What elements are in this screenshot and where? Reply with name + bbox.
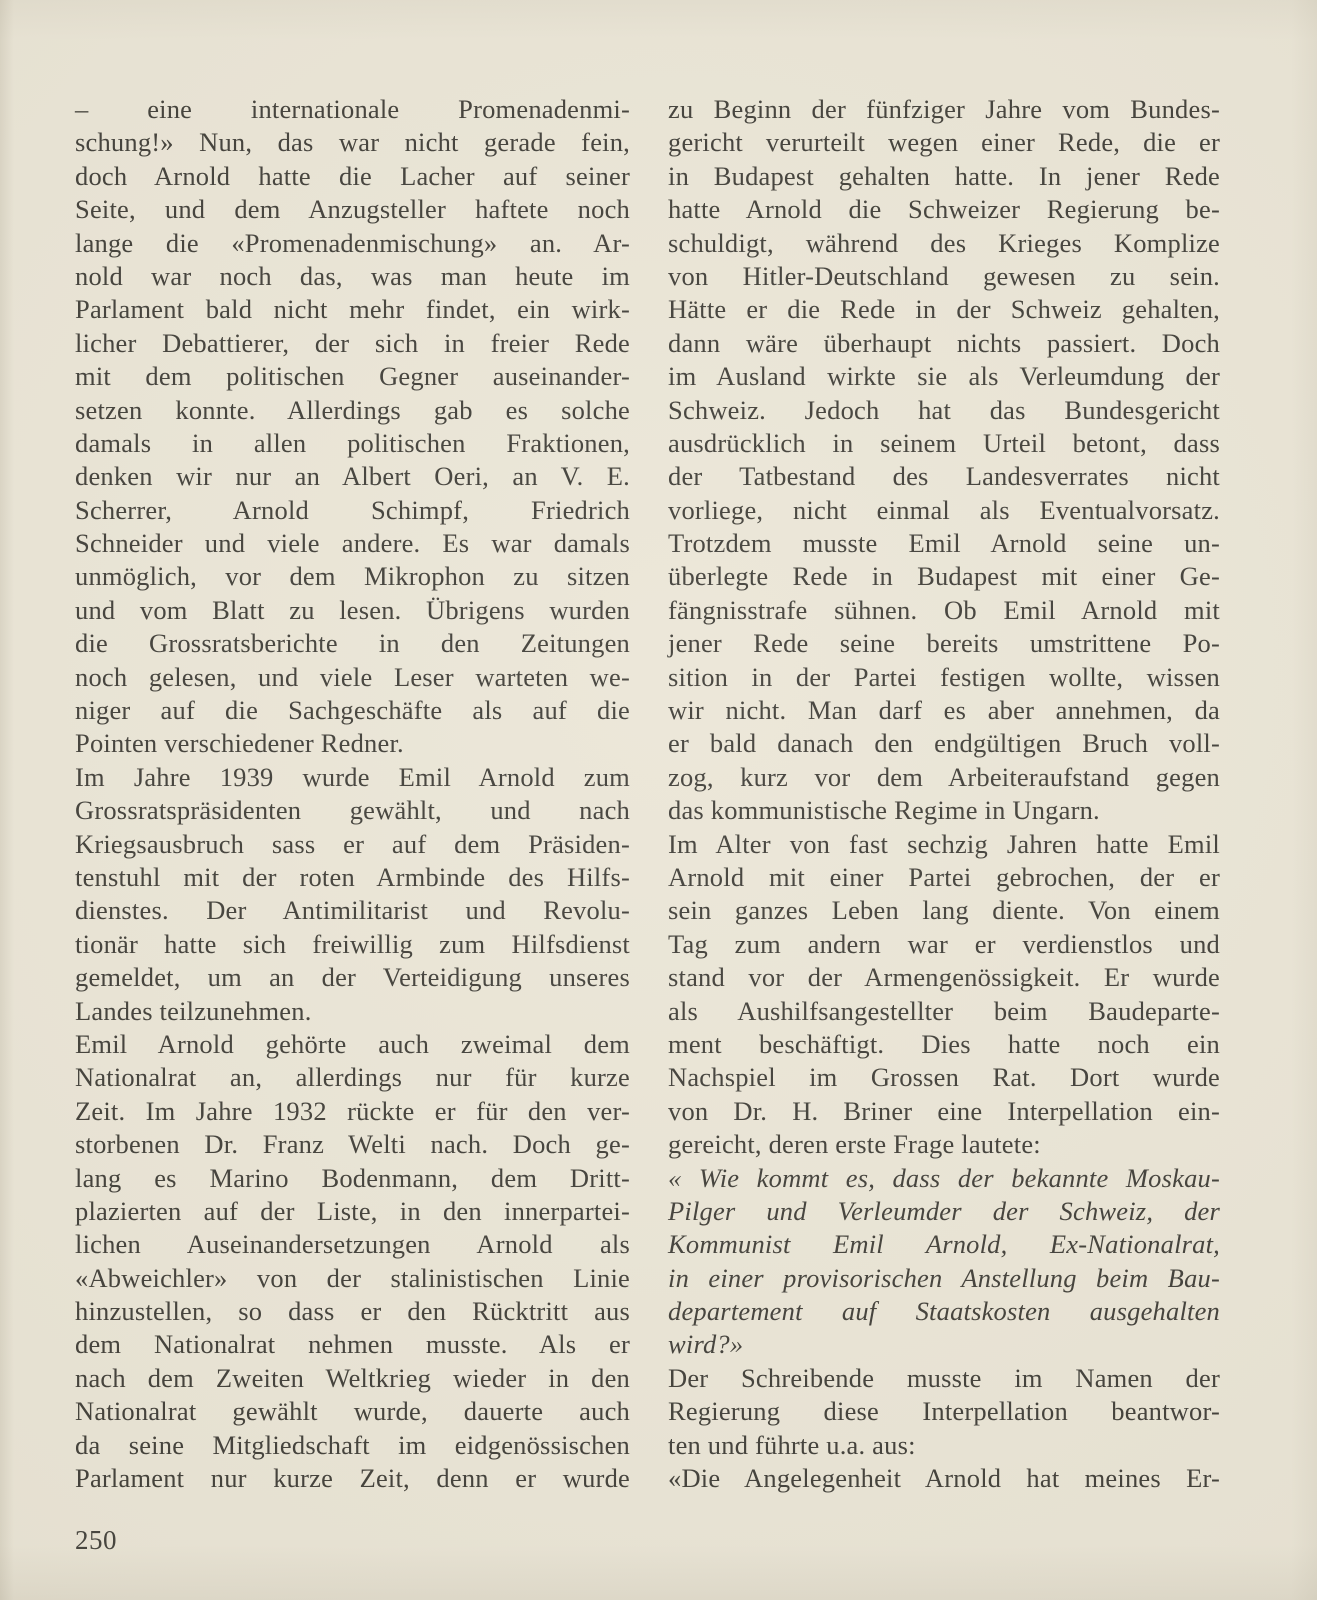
text-line: hinzustellen, so dass er den Rücktritt a… [75,1295,630,1328]
text-line: die Grossratsberichte in den Zeitungen [75,627,630,660]
text-line: mit dem politischen Gegner auseinander- [75,360,630,393]
text-line: dienstes. Der Antimilitarist und Revolu- [75,894,630,927]
text-line: hatte Arnold die Schweizer Regierung be- [668,193,1220,226]
text-line: nach dem Zweiten Weltkrieg wieder in den [75,1362,630,1395]
text-line: vorliege, nicht einmal als Eventualvorsa… [668,494,1220,527]
text-line: Schneider und viele andere. Es war damal… [75,527,630,560]
text-line: von Hitler-Deutschland gewesen zu sein. [668,260,1220,293]
text-line: und vom Blatt zu lesen. Übrigens wurden [75,594,630,627]
text-line: tenstuhl mit der roten Armbinde des Hilf… [75,861,630,894]
text-line: departement auf Staatskosten ausgehalten [668,1295,1220,1328]
text-line: «Die Angelegenheit Arnold hat meines Er- [668,1462,1220,1495]
text-line: Der Schreibende musste im Namen der [668,1362,1220,1395]
text-line: ment beschäftigt. Dies hatte noch ein [668,1028,1220,1061]
text-line: Arnold mit einer Partei gebrochen, der e… [668,861,1220,894]
text-line: sition in der Partei festigen wollte, wi… [668,661,1220,694]
text-line: stand vor der Armengenössigkeit. Er wurd… [668,961,1220,994]
text-line: Nationalrat gewählt wurde, dauerte auch [75,1395,630,1428]
text-line: Emil Arnold gehörte auch zweimal dem [75,1028,630,1061]
text-line: gemeldet, um an der Verteidigung unseres [75,961,630,994]
text-line: da seine Mitgliedschaft im eidgenössisch… [75,1429,630,1462]
text-line: Im Alter von fast sechzig Jahren hatte E… [668,828,1220,861]
text-line: fängnisstrafe sühnen. Ob Emil Arnold mit [668,594,1220,627]
text-line: ten und führte u.a. aus: [668,1429,1220,1462]
text-line: «Abweichler» von der stalinistischen Lin… [75,1262,630,1295]
text-line: Kommunist Emil Arnold, Ex-Nationalrat, [668,1228,1220,1261]
text-line: als Aushilfsangestellter beim Baudeparte… [668,995,1220,1028]
text-line: Regierung diese Interpellation beantwor- [668,1395,1220,1428]
right-text-column: zu Beginn der fünfziger Jahre vom Bundes… [668,93,1220,1495]
text-line: schung!» Nun, das war nicht gerade fein, [75,126,630,159]
text-line: dem Nationalrat nehmen musste. Als er [75,1328,630,1361]
text-line: – eine internationale Promenadenmi- [75,93,630,126]
text-line: denken wir nur an Albert Oeri, an V. E. [75,460,630,493]
text-line: ausdrücklich in seinem Urteil betont, da… [668,427,1220,460]
text-line: noch gelesen, und viele Leser warteten w… [75,661,630,694]
text-line: schuldigt, während des Krieges Komplize [668,227,1220,260]
text-line: Zeit. Im Jahre 1932 rückte er für den ve… [75,1095,630,1128]
text-line: licher Debattierer, der sich in freier R… [75,327,630,360]
left-text-column: – eine internationale Promenadenmi-schun… [75,93,630,1495]
text-line: damals in allen politischen Fraktionen, [75,427,630,460]
page-number: 250 [75,1524,117,1557]
text-line: Tag zum andern war er verdienstlos und [668,928,1220,961]
text-line: tionär hatte sich freiwillig zum Hilfsdi… [75,928,630,961]
text-line: von Dr. H. Briner eine Interpellation ei… [668,1095,1220,1128]
text-line: Seite, und dem Anzugsteller haftete noch [75,193,630,226]
text-line: setzen konnte. Allerdings gab es solche [75,394,630,427]
text-line: Pilger und Verleumder der Schweiz, der [668,1195,1220,1228]
text-line: lange die «Promenadenmischung» an. Ar- [75,227,630,260]
text-line: wir nicht. Man darf es aber annehmen, da [668,694,1220,727]
text-line: er bald danach den endgültigen Bruch vol… [668,727,1220,760]
text-line: Im Jahre 1939 wurde Emil Arnold zum [75,761,630,794]
text-line: Scherrer, Arnold Schimpf, Friedrich [75,494,630,527]
text-line: « Wie kommt es, dass der bekannte Moskau… [668,1162,1220,1195]
text-line: Schweiz. Jedoch hat das Bundesgericht [668,394,1220,427]
text-line: zu Beginn der fünfziger Jahre vom Bundes… [668,93,1220,126]
text-line: das kommunistische Regime in Ungarn. [668,794,1220,827]
text-line: niger auf die Sachgeschäfte als auf die [75,694,630,727]
text-line: in Budapest gehalten hatte. In jener Red… [668,160,1220,193]
text-line: gereicht, deren erste Frage lautete: [668,1128,1220,1161]
scanned-book-page: – eine internationale Promenadenmi-schun… [0,0,1317,1600]
text-line: lang es Marino Bodenmann, dem Dritt- [75,1162,630,1195]
text-line: überlegte Rede in Budapest mit einer Ge- [668,560,1220,593]
text-line: wird?» [668,1328,1220,1361]
text-line: Parlament nur kurze Zeit, denn er wurde [75,1462,630,1495]
text-line: Nationalrat an, allerdings nur für kurze [75,1061,630,1094]
text-line: Pointen verschiedener Redner. [75,727,630,760]
text-line: unmöglich, vor dem Mikrophon zu sitzen [75,560,630,593]
text-line: sein ganzes Leben lang diente. Von einem [668,894,1220,927]
text-line: doch Arnold hatte die Lacher auf seiner [75,160,630,193]
text-line: Hätte er die Rede in der Schweiz gehalte… [668,293,1220,326]
text-line: im Ausland wirkte sie als Verleumdung de… [668,360,1220,393]
text-line: der Tatbestand des Landesverrates nicht [668,460,1220,493]
text-line: gericht verurteilt wegen einer Rede, die… [668,126,1220,159]
text-line: Kriegsausbruch sass er auf dem Präsiden- [75,828,630,861]
text-line: Grossratspräsidenten gewählt, und nach [75,794,630,827]
text-line: nold war noch das, was man heute im [75,260,630,293]
text-line: in einer provisorischen Anstellung beim … [668,1262,1220,1295]
text-line: Landes teilzunehmen. [75,995,630,1028]
text-line: jener Rede seine bereits umstrittene Po- [668,627,1220,660]
text-line: Parlament bald nicht mehr findet, ein wi… [75,293,630,326]
text-line: dann wäre überhaupt nichts passiert. Doc… [668,327,1220,360]
text-line: Trotzdem musste Emil Arnold seine un- [668,527,1220,560]
text-line: zog, kurz vor dem Arbeiteraufstand gegen [668,761,1220,794]
text-line: Nachspiel im Grossen Rat. Dort wurde [668,1061,1220,1094]
text-line: lichen Auseinandersetzungen Arnold als [75,1228,630,1261]
text-line: storbenen Dr. Franz Welti nach. Doch ge- [75,1128,630,1161]
text-line: plazierten auf der Liste, in den innerpa… [75,1195,630,1228]
